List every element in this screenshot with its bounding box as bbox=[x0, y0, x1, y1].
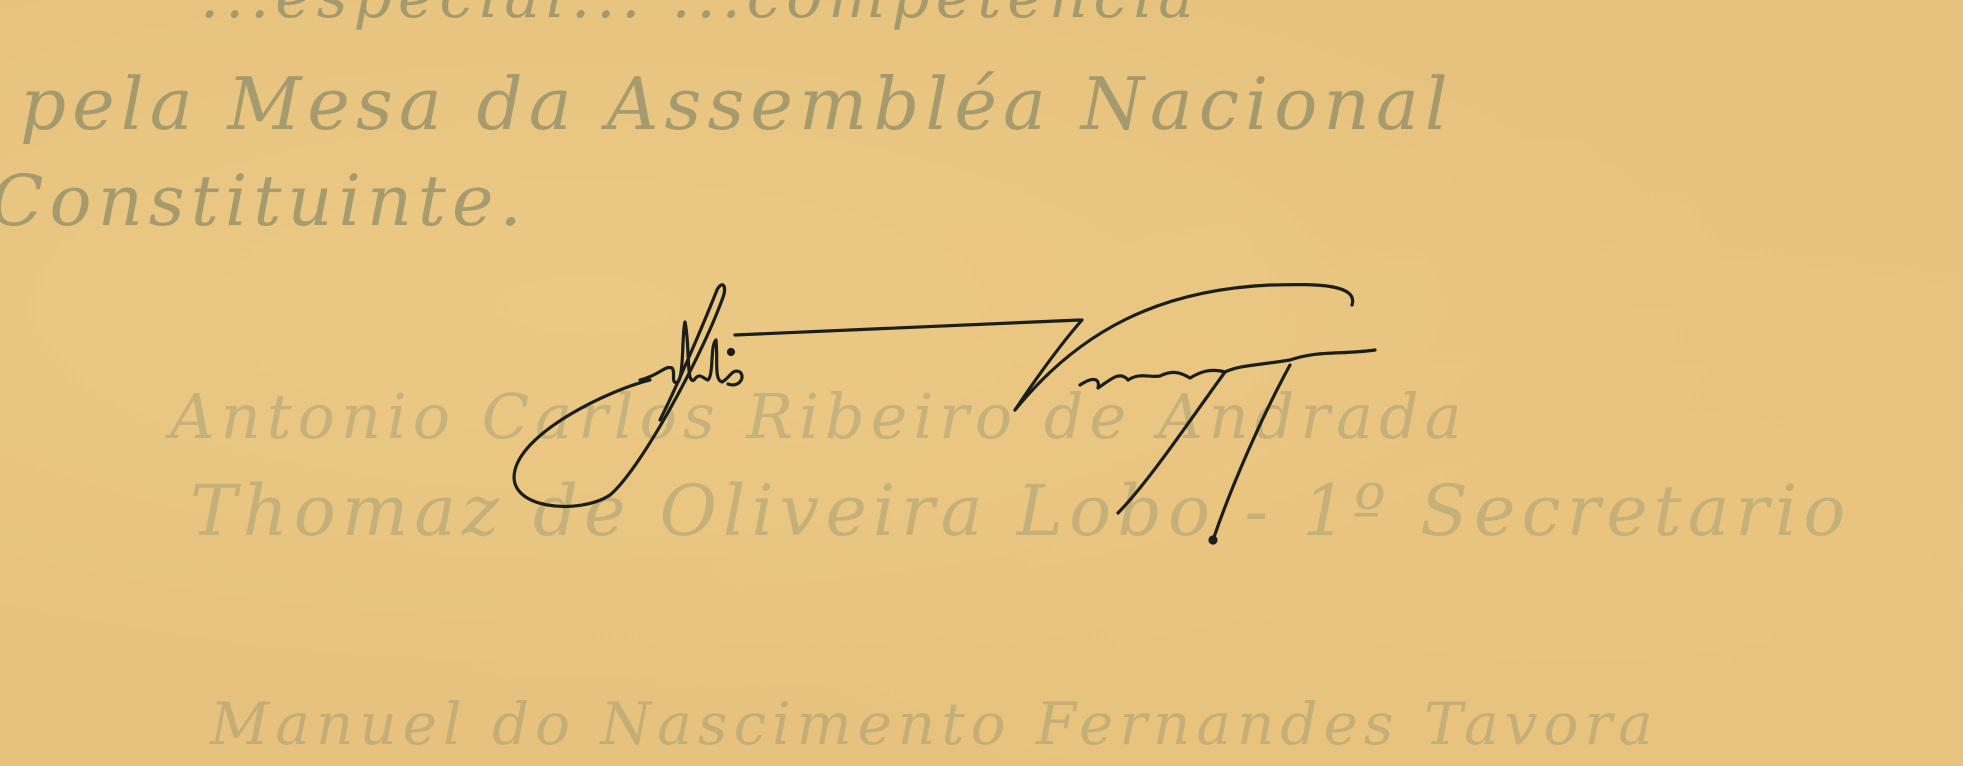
signature-getulio-vargas bbox=[0, 0, 1963, 766]
document-page: ...especial... ...competencia pela Mesa … bbox=[0, 0, 1963, 766]
